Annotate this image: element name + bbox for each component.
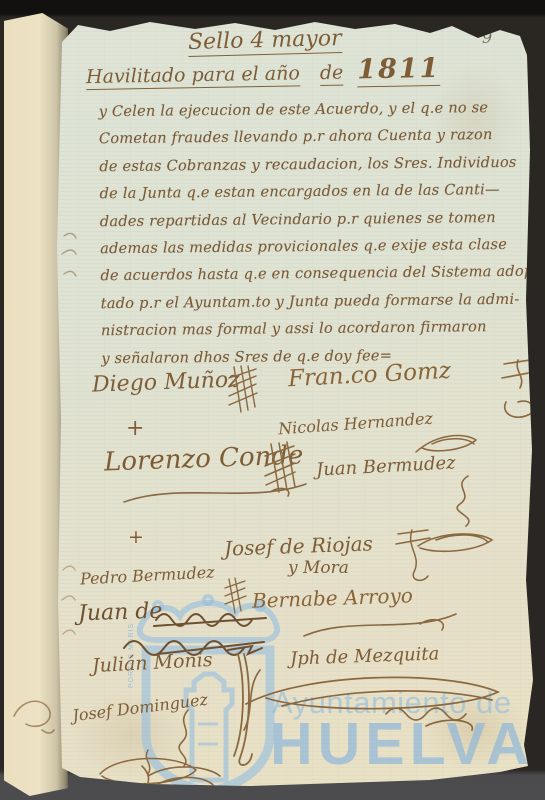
manuscript-line: ademas las medidas provicionales q.e exi… [100,231,520,263]
manuscript-line: tado p.r el Ayuntam.to y Junta pueda for… [101,286,521,318]
signature-y-mora: y Mora [288,558,349,578]
scribble-surname [152,602,272,632]
year-1811: 1811 [357,53,441,87]
rubric-mezquita [236,664,516,736]
manuscript-line: de la Junta q.e estan encargados en la d… [99,176,519,208]
flourish-oval-bottom [88,744,208,792]
scanned-manuscript: PORTUS MARIS Ayuntamiento de HUELVA Sell… [0,0,545,800]
rubric-gomez [496,358,540,426]
signature-diego-munoz: Diego Muñoz [92,367,241,397]
manuscript-page: PORTUS MARIS Ayuntamiento de HUELVA Sell… [0,0,545,800]
manuscript-line: Cometan fraudes llevando p.r ahora Cuent… [99,121,519,153]
previous-page-edge [4,13,68,796]
witness-cross-2: + [128,526,144,548]
manuscript-body: y Celen la ejecucion de este Acuerdo, y … [99,94,522,372]
margin-ink-fragment [60,560,76,650]
seal-heading-text: Sello 4 mayor [188,26,342,57]
margin-ink-fragment [60,228,78,288]
signature-juan-de: Juan de [78,599,163,627]
manuscript-line: de acuerdos hasta q.e en consequencia de… [100,258,520,290]
habilitado-de: de [320,62,344,86]
pen-stroke-vertical [214,650,260,770]
seal-heading: Sello 4 mayor [188,26,342,55]
rubric-riojas [388,528,436,588]
habilitado-heading: Havilitado para el año de 1811 [86,53,441,90]
manuscript-line: y Celen la ejecucion de este Acuerdo, y … [99,94,519,126]
manuscript-line: dades repartidas al Vecindario p.r quien… [100,203,520,235]
rubric-hatch-munoz [226,364,260,416]
witness-cross-1: + [126,416,144,441]
underline-swash-arroyo [300,608,460,642]
underline-swash-conde [120,478,310,508]
prev-page-ink-fragment [6,686,58,746]
page-number: 9 [482,28,492,47]
manuscript-line: nistracion mas formal y assi lo acordaro… [101,313,521,345]
habilitado-text: Havilitado para el año [86,62,300,90]
manuscript-line: de estas Cobranzas y recaudacion, los Sr… [99,149,519,181]
